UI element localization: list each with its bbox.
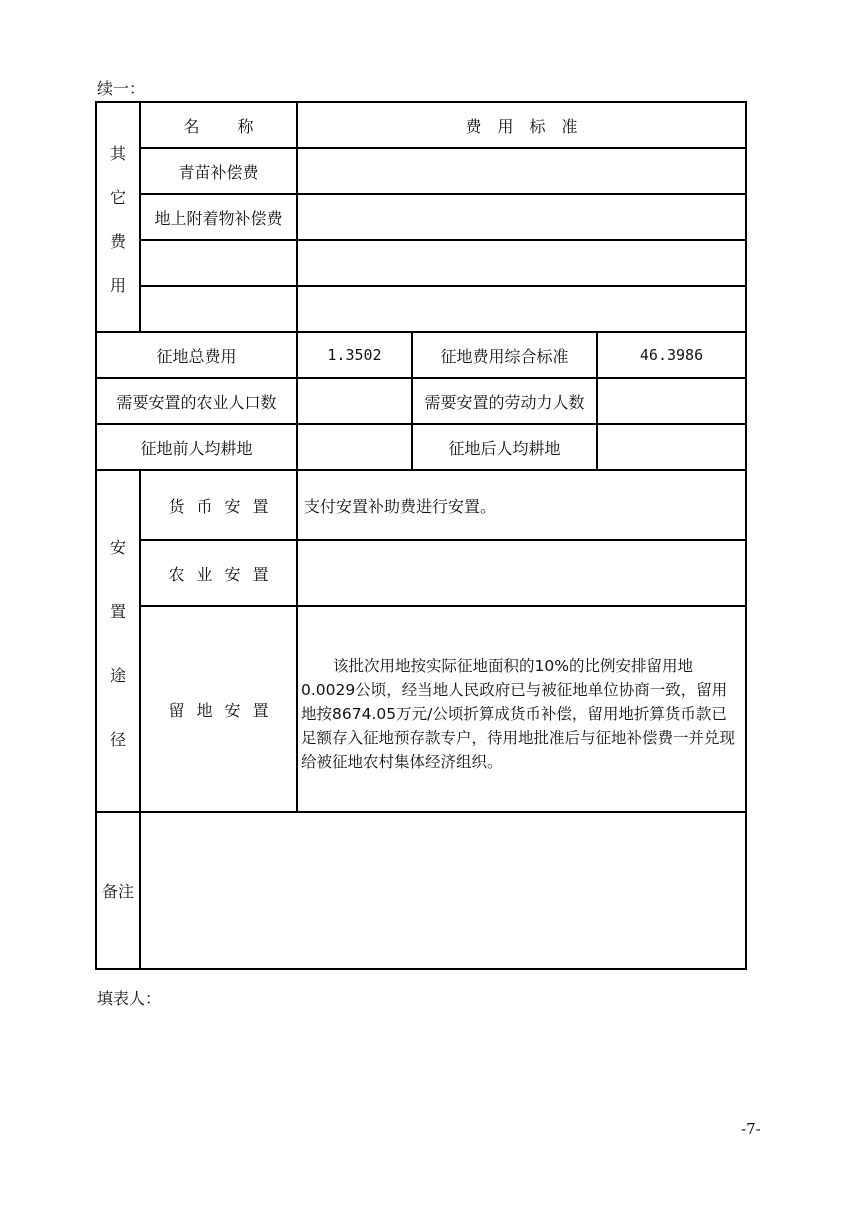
farmland-after-label: 征地后人均耕地 bbox=[413, 425, 596, 469]
composite-standard-label: 征地费用综合标准 bbox=[413, 333, 596, 377]
label-char: 其 bbox=[110, 146, 126, 162]
agricultural-resettlement-label: 农业安置 bbox=[141, 541, 296, 605]
remarks-content[interactable] bbox=[141, 813, 745, 968]
label-char: 费 bbox=[110, 234, 126, 250]
labor-count-value[interactable] bbox=[598, 379, 745, 423]
page-number: -7- bbox=[741, 1120, 761, 1138]
fee-standard-seedling[interactable] bbox=[298, 149, 745, 193]
reserved-land-resettlement-label: 留地安置 bbox=[141, 607, 296, 811]
fee-standard-attachments[interactable] bbox=[298, 195, 745, 239]
column-header-name: 名称 bbox=[141, 103, 296, 147]
filler-label: 填表人： bbox=[97, 986, 161, 1009]
land-acquisition-table: 其 它 费 用 名称 费用标准 青苗补偿费 地上附着物补偿费 征地总费用 1.3… bbox=[0, 0, 850, 1205]
label-char: 途 bbox=[110, 668, 126, 684]
agri-population-label: 需要安置的农业人口数 bbox=[97, 379, 296, 423]
column-header-standard: 费用标准 bbox=[298, 103, 745, 147]
fee-standard-blank-1[interactable] bbox=[298, 241, 745, 285]
farmland-after-value[interactable] bbox=[598, 425, 745, 469]
fee-name-attachments: 地上附着物补偿费 bbox=[141, 195, 296, 239]
fee-name-blank-1[interactable] bbox=[141, 241, 296, 285]
reserved-land-text: 该批次用地按实际征地面积的10%的比例安排留用地0.0029公顷，经当地人民政府… bbox=[301, 657, 735, 771]
fee-name-seedling: 青苗补偿费 bbox=[141, 149, 296, 193]
label-char: 径 bbox=[110, 732, 126, 748]
monetary-resettlement-content: 支付安置补助费进行安置。 bbox=[298, 471, 745, 539]
agricultural-resettlement-content[interactable] bbox=[298, 541, 745, 605]
fee-standard-blank-2[interactable] bbox=[298, 287, 745, 331]
farmland-before-label: 征地前人均耕地 bbox=[97, 425, 296, 469]
other-fees-section-label: 其 它 费 用 bbox=[97, 146, 139, 294]
label-char: 它 bbox=[110, 190, 126, 206]
resettlement-section-label: 安 置 途 径 bbox=[97, 540, 139, 748]
fee-name-blank-2[interactable] bbox=[141, 287, 296, 331]
farmland-before-value[interactable] bbox=[298, 425, 411, 469]
total-cost-label: 征地总费用 bbox=[97, 333, 296, 377]
labor-count-label: 需要安置的劳动力人数 bbox=[413, 379, 596, 423]
agri-population-value[interactable] bbox=[298, 379, 411, 423]
label-char: 用 bbox=[110, 278, 126, 294]
monetary-resettlement-label: 货币安置 bbox=[141, 471, 296, 539]
label-char: 置 bbox=[110, 604, 126, 620]
label-char: 安 bbox=[110, 540, 126, 556]
remarks-label: 备注 bbox=[97, 813, 139, 968]
composite-standard-value: 46.3986 bbox=[598, 333, 745, 377]
total-cost-value: 1.3502 bbox=[298, 333, 411, 377]
reserved-land-resettlement-content: 该批次用地按实际征地面积的10%的比例安排留用地0.0029公顷，经当地人民政府… bbox=[301, 654, 741, 774]
